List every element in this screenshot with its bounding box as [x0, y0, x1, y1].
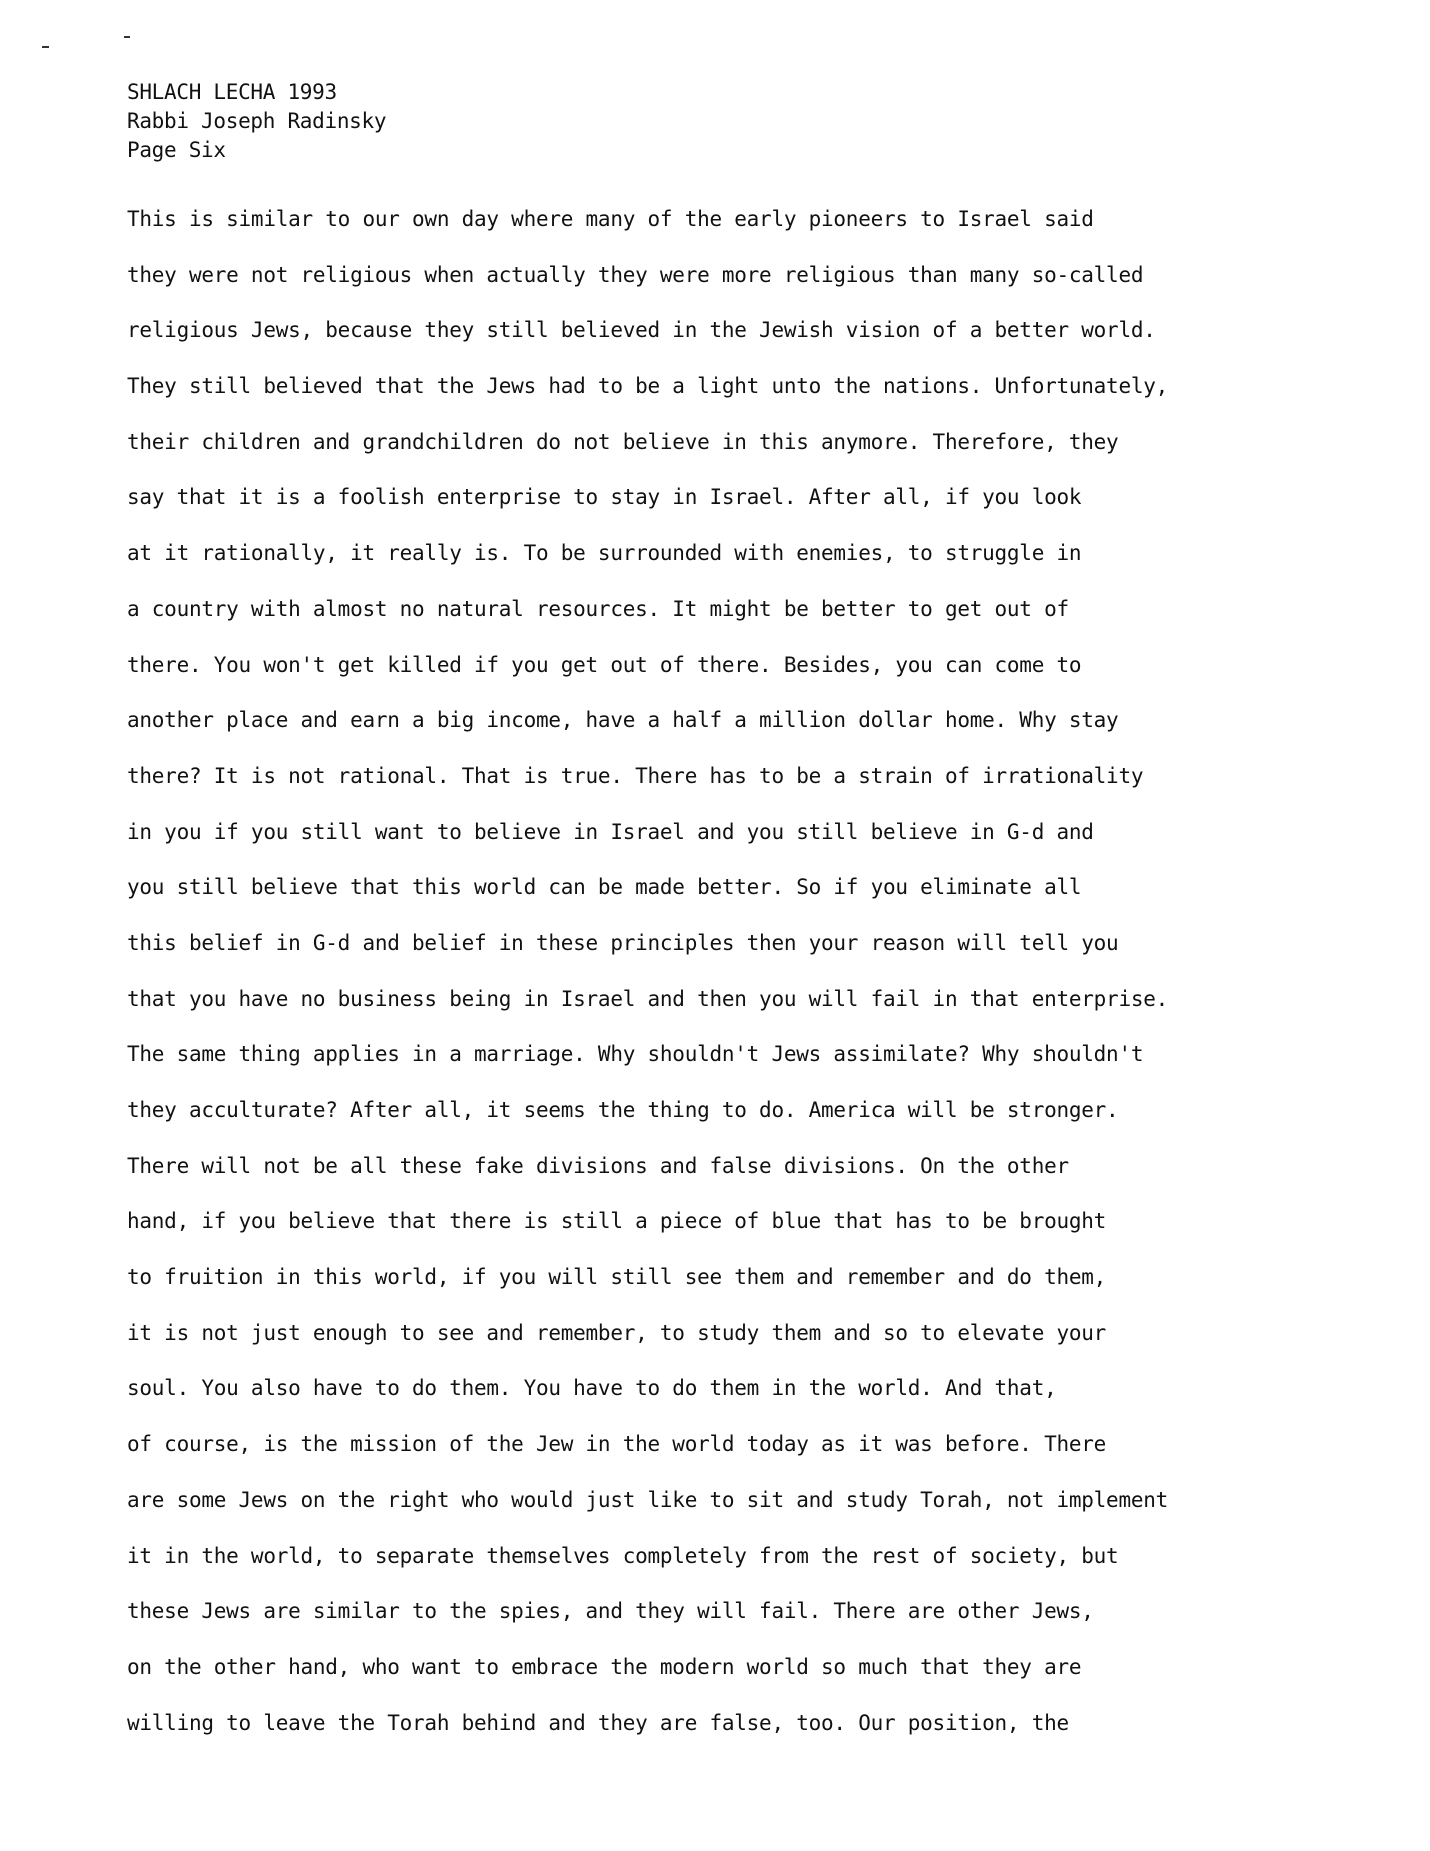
text-line: they were not religious when actually th…: [127, 248, 1277, 304]
text-line: The same thing applies in a marriage. Wh…: [127, 1027, 1277, 1083]
text-line: willing to leave the Torah behind and th…: [127, 1696, 1277, 1752]
text-line: it is not just enough to see and remembe…: [127, 1306, 1277, 1362]
text-line: that you have no business being in Israe…: [127, 972, 1277, 1028]
text-line: religious Jews, because they still belie…: [127, 303, 1277, 359]
text-line: these Jews are similar to the spies, and…: [127, 1584, 1277, 1640]
text-line: it in the world, to separate themselves …: [127, 1529, 1277, 1585]
document-author: Rabbi Joseph Radinsky: [127, 107, 386, 136]
text-line: on the other hand, who want to embrace t…: [127, 1640, 1277, 1696]
text-line: there. You won't get killed if you get o…: [127, 638, 1277, 694]
scan-speck: [42, 46, 49, 48]
text-line: There will not be all these fake divisio…: [127, 1139, 1277, 1195]
text-line: there? It is not rational. That is true.…: [127, 749, 1277, 805]
text-line: a country with almost no natural resourc…: [127, 582, 1277, 638]
document-header: SHLACH LECHA 1993 Rabbi Joseph Radinsky …: [127, 78, 386, 165]
text-line: to fruition in this world, if you will s…: [127, 1250, 1277, 1306]
document-body: This is similar to our own day where man…: [127, 192, 1277, 1751]
text-line: of course, is the mission of the Jew in …: [127, 1417, 1277, 1473]
text-line: soul. You also have to do them. You have…: [127, 1361, 1277, 1417]
text-line: They still believed that the Jews had to…: [127, 359, 1277, 415]
text-line: they acculturate? After all, it seems th…: [127, 1083, 1277, 1139]
text-line: you still believe that this world can be…: [127, 860, 1277, 916]
text-line: This is similar to our own day where man…: [127, 192, 1277, 248]
text-line: their children and grandchildren do not …: [127, 415, 1277, 471]
document-title: SHLACH LECHA 1993: [127, 78, 386, 107]
text-line: this belief in G-d and belief in these p…: [127, 916, 1277, 972]
scan-speck: [124, 36, 130, 38]
text-line: another place and earn a big income, hav…: [127, 693, 1277, 749]
text-line: say that it is a foolish enterprise to s…: [127, 470, 1277, 526]
text-line: at it rationally, it really is. To be su…: [127, 526, 1277, 582]
text-line: are some Jews on the right who would jus…: [127, 1473, 1277, 1529]
page-label: Page Six: [127, 136, 386, 165]
text-line: in you if you still want to believe in I…: [127, 805, 1277, 861]
text-line: hand, if you believe that there is still…: [127, 1194, 1277, 1250]
document-page: SHLACH LECHA 1993 Rabbi Joseph Radinsky …: [0, 0, 1430, 1851]
